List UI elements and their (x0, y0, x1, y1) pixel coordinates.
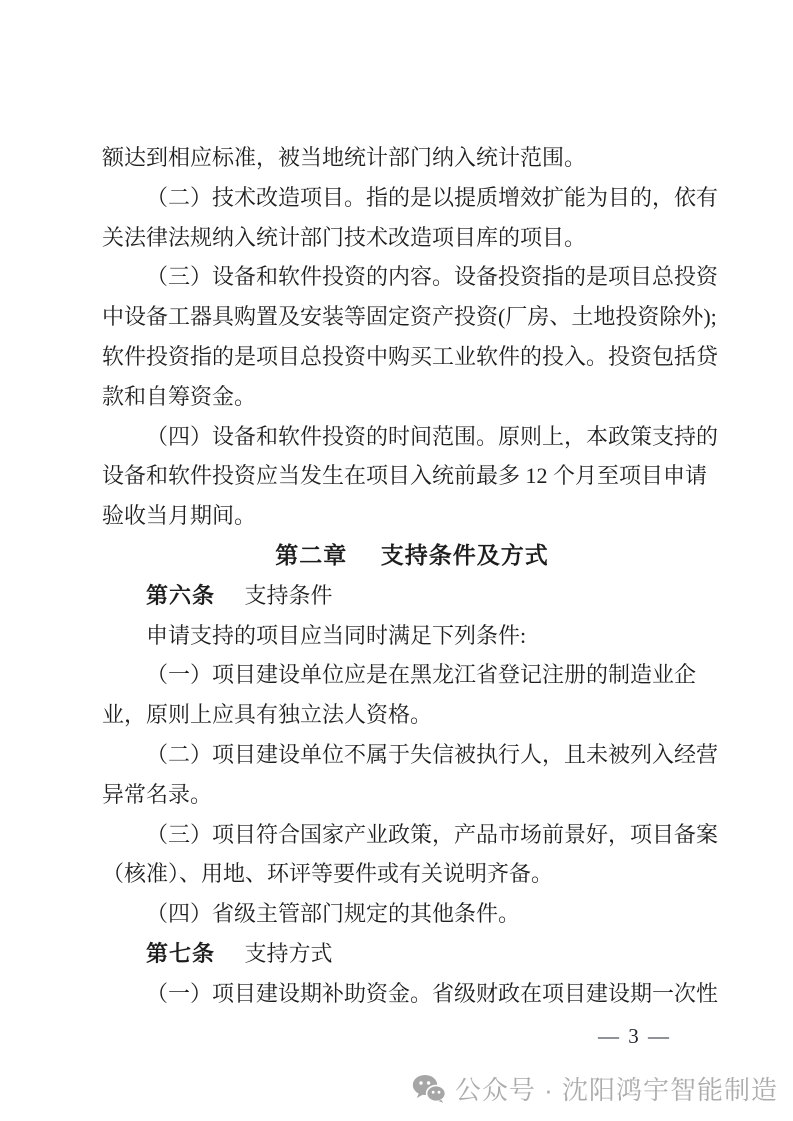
doc-line: 款和自筹资金。 (102, 377, 722, 417)
chapter-title: 支持条件及方式 (381, 542, 549, 568)
doc-line: （二）项目建设单位不属于失信被执行人，且未被列入经营 (102, 735, 722, 775)
article-number: 第七条 (146, 941, 215, 966)
doc-line: 申请支持的项目应当同时满足下列条件: (102, 616, 722, 656)
document-body: 额达到相应标准，被当地统计部门纳入统计范围。 （二）技术改造项目。指的是以提质增… (102, 138, 722, 1014)
doc-line: 设备和软件投资应当发生在项目入统前最多 12 个月至项目申请 (102, 456, 722, 496)
wechat-icon (412, 1074, 446, 1103)
watermark-label: 公众号 · 沈阳鸿宇智能制造 (455, 1070, 778, 1107)
doc-line: （四）设备和软件投资的时间范围。原则上，本政策支持的 (102, 417, 722, 457)
article-heading: 第七条 支持方式 (102, 934, 722, 974)
wechat-watermark: 公众号 · 沈阳鸿宇智能制造 (412, 1070, 778, 1107)
doc-line: （一）项目建设单位应是在黑龙江省登记注册的制造业企 (102, 655, 722, 695)
doc-line: 异常名录。 (102, 775, 722, 815)
article-number: 第六条 (146, 583, 215, 608)
doc-line: 额达到相应标准，被当地统计部门纳入统计范围。 (102, 138, 722, 178)
doc-line: （三）设备和软件投资的内容。设备投资指的是项目总投资 (102, 257, 722, 297)
doc-line: 中设备工器具购置及安装等固定资产投资(厂房、土地投资除外); (102, 297, 722, 337)
doc-line: （四）省级主管部门规定的其他条件。 (102, 894, 722, 934)
chapter-number: 第二章 (275, 542, 347, 568)
doc-line: 业，原则上应具有独立法人资格。 (102, 695, 722, 735)
doc-line: 验收当月期间。 (102, 496, 722, 536)
article-heading: 第六条 支持条件 (102, 576, 722, 616)
article-title: 支持条件 (245, 583, 333, 608)
article-title: 支持方式 (245, 941, 333, 966)
doc-line: 关法律法规纳入统计部门技术改造项目库的项目。 (102, 218, 722, 258)
document-page: 额达到相应标准，被当地统计部门纳入统计范围。 （二）技术改造项目。指的是以提质增… (0, 0, 793, 1121)
page-number: — 3 — (598, 1024, 671, 1049)
doc-line: （三）项目符合国家产业政策，产品市场前景好，项目备案 (102, 815, 722, 855)
doc-line: （核准）、用地、环评等要件或有关说明齐备。 (102, 854, 722, 894)
chapter-heading: 第二章 支持条件及方式 (102, 536, 722, 576)
doc-line: （二）技术改造项目。指的是以提质增效扩能为目的，依有 (102, 178, 722, 218)
doc-line: 软件投资指的是项目总投资中购买工业软件的投入。投资包括贷 (102, 337, 722, 377)
doc-line: （一）项目建设期补助资金。省级财政在项目建设期一次性 (102, 974, 722, 1014)
